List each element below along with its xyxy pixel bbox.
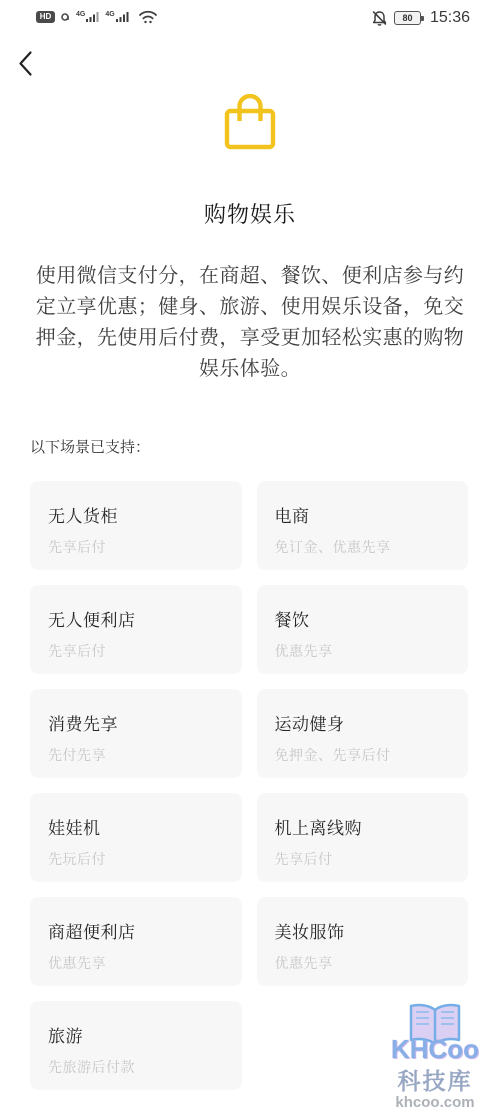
- signal-4g-label: 4G: [76, 11, 85, 18]
- scene-card: 运动健身 免押金、先享后付: [257, 689, 469, 778]
- scene-title: 无人货柜: [48, 502, 228, 527]
- wifi-icon: [138, 9, 158, 24]
- scene-card: 消费先享 先付先享: [30, 689, 242, 778]
- status-bar-left: HD 4G 4G: [36, 9, 158, 24]
- signal-bars-icon: [86, 11, 99, 22]
- scene-subtitle: 优惠先享: [275, 953, 455, 973]
- scene-subtitle: 先玩后付: [48, 849, 228, 869]
- signal-bars-icon: [116, 11, 129, 22]
- scene-card: 无人货柜 先享后付: [30, 481, 242, 570]
- scene-title: 商超便利店: [48, 918, 228, 943]
- scene-subtitle: 先享后付: [275, 849, 455, 869]
- page-title: 购物娱乐: [0, 198, 500, 229]
- scene-title: 餐饮: [275, 606, 455, 631]
- page-header: 购物娱乐: [0, 94, 500, 229]
- scene-title: 旅游: [48, 1022, 228, 1047]
- scene-title: 消费先享: [48, 710, 228, 735]
- back-button[interactable]: [18, 48, 48, 78]
- status-secondary-icon: [61, 11, 70, 22]
- scene-title: 娃娃机: [48, 814, 228, 839]
- scene-title: 美妆服饰: [275, 918, 455, 943]
- description-line: 娱乐体验。: [33, 354, 467, 385]
- nav-bar: [0, 34, 500, 76]
- scene-card: 商超便利店 优惠先享: [30, 897, 242, 986]
- scene-card: 娃娃机 先玩后付: [30, 793, 242, 882]
- mute-bell-icon: [371, 10, 388, 27]
- scene-subtitle: 先享后付: [48, 641, 228, 661]
- scene-grid: 无人货柜 先享后付 电商 免订金、优惠先享 无人便利店 先享后付 餐饮 优惠先享…: [30, 481, 468, 1090]
- watermark-url: khcoo.com: [376, 1094, 494, 1111]
- scene-subtitle: 免押金、先享后付: [275, 745, 455, 765]
- scene-subtitle: 先付先享: [48, 745, 228, 765]
- scene-subtitle: 免订金、优惠先享: [275, 537, 455, 557]
- hd-volte-icon: HD: [36, 11, 55, 23]
- battery-level: 80: [402, 13, 412, 23]
- scene-subtitle: 优惠先享: [275, 641, 455, 661]
- battery-icon: 80: [394, 11, 421, 25]
- description: 使用微信支付分，在商超、餐饮、便利店参与约 定立享优惠；健身、旅游、使用娱乐设备…: [33, 261, 467, 385]
- scene-subtitle: 优惠先享: [48, 953, 228, 973]
- description-line: 定立享优惠；健身、旅游、使用娱乐设备，免交: [33, 292, 467, 323]
- scene-card: 无人便利店 先享后付: [30, 585, 242, 674]
- scene-title: 无人便利店: [48, 606, 228, 631]
- description-line: 押金，先使用后付费，享受更加轻松实惠的购物: [33, 323, 467, 354]
- shopping-bag-icon: [0, 94, 500, 150]
- scene-card: 餐饮 优惠先享: [257, 585, 469, 674]
- status-bar: HD 4G 4G: [0, 0, 500, 34]
- scene-subtitle: 先享后付: [48, 537, 228, 557]
- signal-4g-icon-2: 4G: [105, 11, 128, 22]
- scene-card: 美妆服饰 优惠先享: [257, 897, 469, 986]
- scene-card: 电商 免订金、优惠先享: [257, 481, 469, 570]
- status-bar-right: 80 15:36: [371, 9, 470, 27]
- scene-card: 旅游 先旅游后付款: [30, 1001, 242, 1090]
- section-label: 以下场景已支持：: [30, 436, 500, 457]
- scene-card: 机上离线购 先享后付: [257, 793, 469, 882]
- status-time: 15:36: [430, 9, 470, 27]
- signal-4g-label: 4G: [105, 11, 114, 18]
- description-line: 使用微信支付分，在商超、餐饮、便利店参与约: [33, 261, 467, 292]
- scene-title: 运动健身: [275, 710, 455, 735]
- scene-title: 机上离线购: [275, 814, 455, 839]
- signal-4g-icon-1: 4G: [76, 11, 99, 22]
- scene-title: 电商: [275, 502, 455, 527]
- back-chevron-icon: [18, 50, 33, 77]
- scene-subtitle: 先旅游后付款: [48, 1057, 228, 1077]
